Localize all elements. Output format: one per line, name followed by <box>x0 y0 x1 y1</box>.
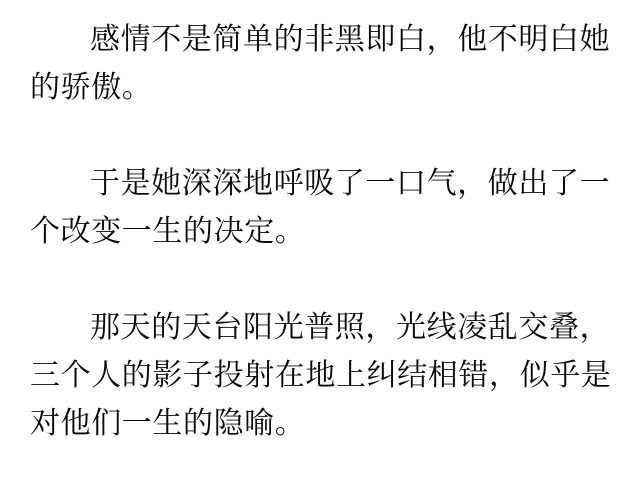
text-line: 那天的天台阳光普照，光线凌乱交叠， <box>30 304 618 352</box>
document-page: 感情不是简单的非黑即白，他不明白她 的骄傲。 于是她深深地呼吸了一口气，做出了一… <box>0 0 640 500</box>
paragraph-3: 那天的天台阳光普照，光线凌乱交叠， 三个人的影子投射在地上纠结相错，似乎是 对他… <box>30 304 618 448</box>
text-line: 三个人的影子投射在地上纠结相错，似乎是 <box>30 352 618 400</box>
text-line: 于是她深深地呼吸了一口气，做出了一 <box>30 160 618 208</box>
text-line: 的骄傲。 <box>30 64 618 112</box>
text-line: 个改变一生的决定。 <box>30 208 618 256</box>
paragraph-1: 感情不是简单的非黑即白，他不明白她 的骄傲。 <box>30 16 618 112</box>
text-line: 对他们一生的隐喻。 <box>30 400 618 448</box>
paragraph-2: 于是她深深地呼吸了一口气，做出了一 个改变一生的决定。 <box>30 160 618 256</box>
text-line: 感情不是简单的非黑即白，他不明白她 <box>30 16 618 64</box>
